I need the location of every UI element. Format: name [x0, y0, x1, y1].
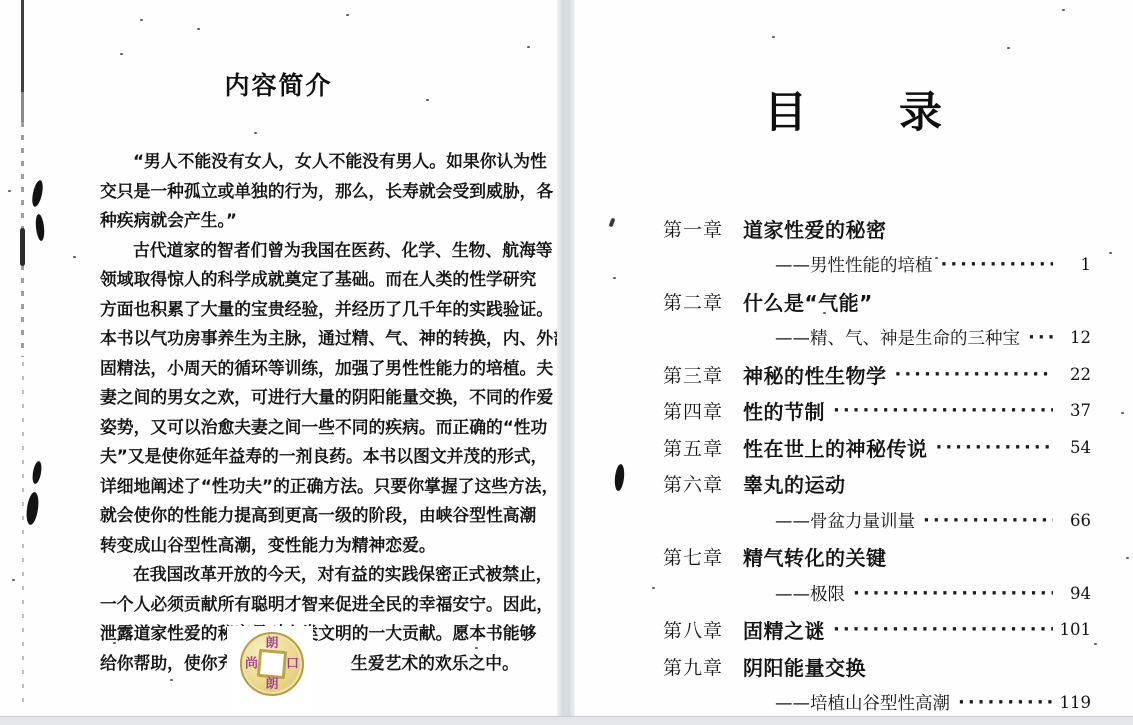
page-number: 12 [1057, 328, 1091, 347]
chapter-subtitle: ——极限 [775, 581, 845, 606]
scan-speck [772, 36, 775, 38]
scan-speck [849, 442, 852, 444]
chapter-number: 第四章 [663, 397, 725, 424]
toc-entry-row: 第五章 性在世上的神秘传说 ··························… [663, 429, 1091, 466]
scan-speck [1094, 643, 1097, 645]
text-line: 交只是一种孤立或单独的行为，那么，长寿就会受到威胁，各 [100, 177, 550, 207]
page-number: 66 [1057, 511, 1091, 530]
coin-square-hole [257, 649, 287, 679]
toc-subentry-row: ——精、气、神是生命的三种宝 ·························… [663, 320, 1091, 357]
scan-speck [73, 256, 76, 258]
intro-body: “男人不能没有女人，女人不能没有男人。如果你认为性 交只是一种孤立或单独的行为，… [100, 147, 550, 678]
scan-speck [1109, 252, 1112, 254]
leader-dots: ········································… [1028, 327, 1053, 348]
scanned-book-spread: 内容简介 “男人不能没有女人，女人不能没有男人。如果你认为性 交只是一种孤立或单… [0, 0, 1133, 725]
scan-edge-line [20, 228, 25, 266]
chapter-number: 第八章 [663, 616, 725, 643]
scan-speck [346, 14, 349, 16]
text-line: 妻之间的男女之欢，可进行大量的阴阳能量交换，不同的作爱 [100, 383, 550, 413]
scan-bottom-strip [0, 716, 1133, 725]
page-gutter [557, 0, 575, 716]
scan-speck [113, 642, 116, 644]
scan-speck [8, 190, 11, 192]
toc-entry-row: 第八章 固精之谜 ·······························… [663, 612, 1091, 649]
text-line: 固精法，小周天的循环等训练，加强了男性性能力的培植。夫 [100, 354, 550, 384]
paragraph: “男人不能没有女人，女人不能没有男人。如果你认为性 交只是一种孤立或单独的行为，… [100, 147, 550, 236]
text-line-with-watermark-gap: 给你帮助，使你充分 生爱艺术的欢乐之中。 [100, 649, 550, 679]
leader-dots: ········································… [833, 619, 1053, 640]
text-line: “男人不能没有女人，女人不能没有男人。如果你认为性 [100, 147, 550, 177]
page-number: 54 [1057, 438, 1091, 457]
leader-dots: ········································… [958, 692, 1053, 713]
watermark-patch: 朗 尚 口 朗 [227, 626, 313, 711]
scan-edge-line [21, 92, 24, 122]
chapter-number: 第七章 [663, 543, 725, 570]
page-number: 37 [1057, 401, 1091, 420]
page-intro: 内容简介 “男人不能没有女人，女人不能没有男人。如果你认为性 交只是一种孤立或单… [0, 0, 557, 716]
chapter-subtitle: ——男性性能的培植 [775, 252, 933, 277]
chapter-subtitle: ——精、气、神是生命的三种宝 [775, 325, 1020, 350]
chapter-number: 第六章 [663, 470, 725, 497]
scan-speck [197, 28, 200, 30]
toc-list: 第一章 道家性爱的秘密 ——男性性能的培植 ··················… [663, 210, 1091, 721]
paragraph: 古代道家的智者们曾为我国在医药、化学、生物、航海等 领域取得惊人的科学成就奠定了… [100, 236, 550, 561]
chapter-number: 第五章 [663, 434, 725, 461]
scan-speck [823, 312, 826, 314]
page-number: 1 [1057, 255, 1091, 274]
leader-dots: ········································… [853, 583, 1053, 604]
page-number: 22 [1057, 365, 1091, 384]
leader-dots: ········································… [895, 364, 1054, 385]
text-line: 姿势，又可以治愈夫妻之间一些不同的疾病。而正确的“性功 [100, 413, 550, 443]
toc-entry-row: 第四章 性的节制 ·······························… [663, 393, 1091, 430]
coin-char-bottom: 朗 [265, 678, 278, 691]
text-line: 一个人必须贡献所有聪明才智来促进全民的幸福安宁。因此， [100, 590, 550, 620]
toc-subentry-row: ——骨盆力量训量 ·······························… [663, 502, 1091, 539]
chapter-title: 性的节制 [743, 396, 825, 425]
scan-speck [527, 46, 530, 48]
chapter-title: 阴阳能量交换 [743, 652, 866, 681]
chapter-title: 什么是“气能” [743, 287, 873, 316]
page-number: 94 [1057, 584, 1091, 603]
text-line: 在我国改革开放的今天，对有益的实践保密正式被禁止， [100, 560, 550, 590]
text-line: 领域取得惊人的科学成就奠定了基础。而在人类的性学研究 [100, 265, 550, 295]
chapter-title: 睾丸的运动 [743, 469, 846, 498]
text-line: 古代道家的智者们曾为我国在医药、化学、生物、航海等 [100, 236, 550, 266]
text-line: 泄露道家性爱的秘密是对人类文明的一大贡献。愿本书能够 [100, 619, 550, 649]
leader-dots: ········································… [936, 437, 1054, 458]
chapter-subtitle: ——培植山谷型性高潮 [775, 690, 950, 715]
toc-entry-row: 第六章 睾丸的运动 [663, 466, 1091, 503]
leader-dots: ········································… [923, 510, 1053, 531]
scan-speck [12, 579, 15, 581]
scan-speck [426, 99, 429, 101]
scan-edge-line [21, 0, 24, 92]
scan-speck [1121, 412, 1124, 414]
leader-dots: ········································… [833, 400, 1053, 421]
chapter-number: 第九章 [663, 653, 725, 680]
text-line: 种疾病就会产生。” [100, 206, 550, 236]
chapter-title: 神秘的性生物学 [743, 360, 887, 389]
scan-speck [1007, 47, 1010, 49]
intro-title: 内容简介 [0, 66, 557, 102]
chapter-number: 第一章 [663, 215, 725, 242]
chapter-title: 道家性爱的秘密 [743, 214, 887, 243]
scan-speck [254, 132, 257, 134]
scan-speck [1126, 557, 1129, 559]
text-line: 转变成山谷型性高潮，变性能力为精神恋爱。 [100, 531, 550, 561]
toc-subentry-row: ——男性性能的培植 ······························… [663, 247, 1091, 284]
text-line: 方面也积累了大量的宝贵经验，并经历了几千年的实践验证。 [100, 295, 550, 325]
scan-speck [170, 679, 173, 681]
text-line: 夫”又是使你延年益寿的一剂良药。本书以图文并茂的形式， [100, 442, 550, 472]
scan-speck [613, 277, 616, 279]
toc-entry-row: 第三章 神秘的性生物学 ····························… [663, 356, 1091, 393]
scan-speck [140, 19, 143, 21]
toc-entry-row: 第九章 阴阳能量交换 [663, 648, 1091, 685]
leader-dots: ········································… [941, 254, 1054, 275]
coin-char-right: 口 [286, 658, 299, 671]
page-number: 101 [1057, 620, 1091, 639]
toc-entry-row: 第一章 道家性爱的秘密 [663, 210, 1091, 247]
chapter-title: 精气转化的关键 [743, 542, 887, 571]
text-line: 详细地阐述了“性功夫”的正确方法。只要你掌握了这些方法， [100, 472, 550, 502]
coin-char-top: 朗 [265, 637, 278, 650]
scan-speck [935, 257, 938, 259]
text-line: 本书以气功房事养生为主脉，通过精、气、神的转换，内、外部 [100, 324, 550, 354]
scan-speck [1062, 9, 1065, 11]
toc-subentry-row: ——极限 ···································… [663, 575, 1091, 612]
toc-title: 目 录 [575, 90, 1133, 137]
scan-edge-line [22, 362, 24, 710]
scan-speck [120, 53, 123, 55]
chapter-number: 第二章 [663, 288, 725, 315]
toc-entry-row: 第二章 什么是“气能” [663, 283, 1091, 320]
chapter-title: 性在世上的神秘传说 [743, 433, 928, 462]
last-line-after: 生爱艺术的欢乐之中。 [351, 649, 519, 679]
page-number: 119 [1057, 693, 1091, 712]
page-toc: 目 录 第一章 道家性爱的秘密 ——男性性能的培植 ··············… [575, 0, 1133, 716]
paragraph: 在我国改革开放的今天，对有益的实践保密正式被禁止， 一个人必须贡献所有聪明才智来… [100, 560, 550, 678]
text-line: 就会使你的性能力提高到更高一级的阶段，由峡谷型性高潮 [100, 501, 550, 531]
chapter-number: 第三章 [663, 361, 725, 388]
coin-char-left: 尚 [245, 658, 258, 671]
scan-speck [652, 587, 655, 589]
chapter-subtitle: ——骨盆力量训量 [775, 508, 915, 533]
coin-watermark-icon: 朗 尚 口 朗 [240, 632, 304, 696]
toc-entry-row: 第七章 精气转化的关键 [663, 539, 1091, 576]
scan-speck [475, 647, 478, 649]
chapter-title: 固精之谜 [743, 615, 825, 644]
